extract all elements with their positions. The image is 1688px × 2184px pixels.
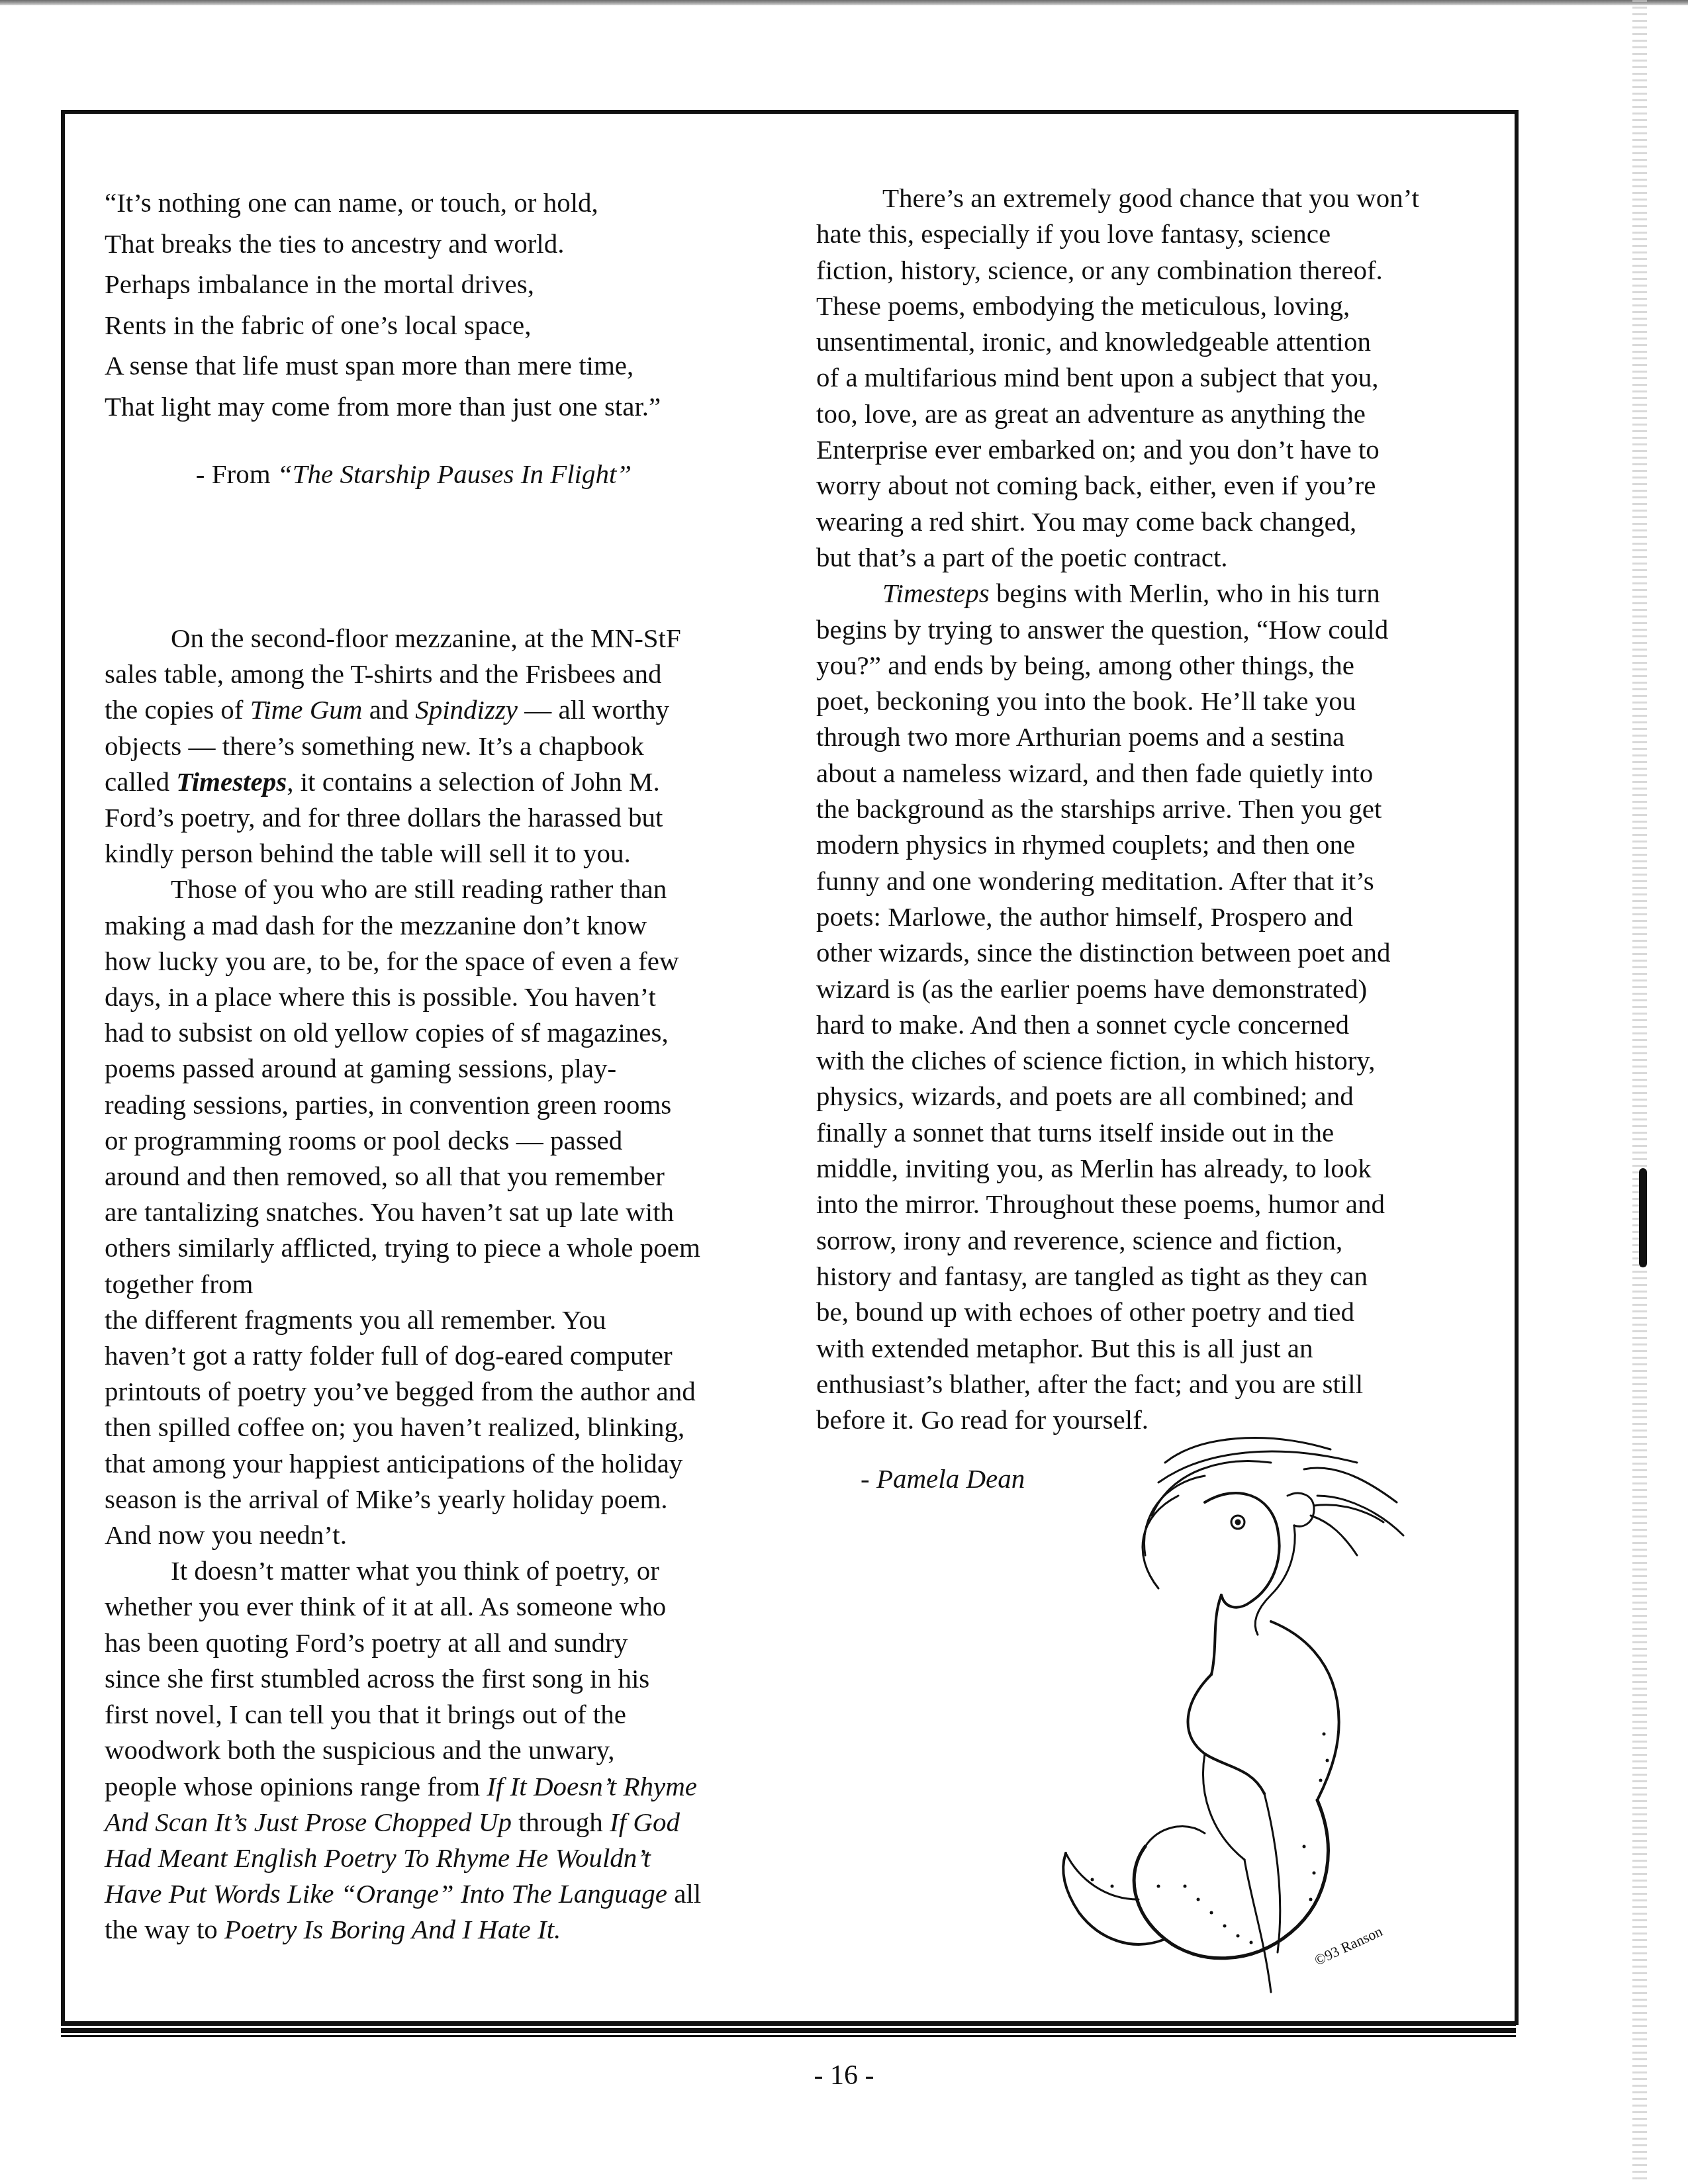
binding-mark	[1639, 1168, 1647, 1267]
text-line: be, bound up with echoes of other poetry…	[816, 1294, 1485, 1330]
text-line: hard to make. And then a sonnet cycle co…	[816, 1007, 1485, 1042]
text-line: And Scan It’s Just Prose Chopped Up thro…	[105, 1804, 786, 1840]
text-line: too, love, are as great an adventure as …	[816, 396, 1485, 432]
text-line: that among your happiest anticipations o…	[105, 1445, 786, 1481]
attribution-title: “The Starship Pauses In Flight”	[277, 459, 632, 489]
text-segment: too, love, are as great an adventure as …	[816, 398, 1366, 429]
text-segment: making a mad dash for the mezzanine don’…	[105, 910, 647, 940]
text-line: modern physics in rhymed couplets; and t…	[816, 827, 1485, 862]
poem-line: Perhaps imbalance in the mortal drives,	[105, 264, 786, 305]
text-line: whether you ever think of it at all. As …	[105, 1588, 786, 1624]
text-line: middle, inviting you, as Merlin has alre…	[816, 1150, 1485, 1186]
text-line: are tantalizing snatches. You haven’t sa…	[105, 1194, 786, 1230]
text-segment: with the cliches of science fiction, in …	[816, 1045, 1375, 1075]
text-line: Had Meant English Poetry To Rhyme He Wou…	[105, 1840, 786, 1876]
text-segment: how lucky you are, to be, for the space …	[105, 946, 679, 976]
text-segment: into the mirror. Throughout these poems,…	[816, 1189, 1385, 1219]
text-line: about a nameless wizard, and then fade q…	[816, 755, 1485, 791]
text-segment: reading sessions, parties, in convention…	[105, 1089, 671, 1120]
text-line: first novel, I can tell you that it brin…	[105, 1696, 786, 1732]
text-line: enthusiast’s blather, after the fact; an…	[816, 1366, 1485, 1402]
emphasized-title: Poetry Is Boring And I Hate It.	[224, 1914, 561, 1944]
epigraph-poem: “It’s nothing one can name, or touch, or…	[105, 183, 786, 427]
text-line: of a multifarious mind bent upon a subje…	[816, 359, 1485, 395]
text-line: finally a sonnet that turns itself insid…	[816, 1115, 1485, 1150]
text-line: had to subsist on old yellow copies of s…	[105, 1015, 786, 1050]
text-segment: unsentimental, ironic, and knowledgeable…	[816, 326, 1371, 357]
text-line: into the mirror. Throughout these poems,…	[816, 1186, 1485, 1222]
text-segment: and	[362, 694, 415, 725]
text-line: physics, wizards, and poets are all comb…	[816, 1078, 1485, 1114]
text-line: but that’s a part of the poetic contract…	[816, 539, 1485, 575]
text-segment: And now you needn’t.	[105, 1520, 347, 1550]
text-line: poems passed around at gaming sessions, …	[105, 1050, 786, 1086]
text-segment: Ford’s poetry, and for three dollars the…	[105, 802, 663, 833]
text-line: others similarly afflicted, trying to pi…	[105, 1230, 786, 1265]
text-line: then spilled coffee on; you haven’t real…	[105, 1409, 786, 1445]
emphasized-title: If God	[610, 1807, 680, 1837]
attribution-prefix: - From	[196, 459, 277, 489]
text-line: printouts of poetry you’ve begged from t…	[105, 1373, 786, 1409]
text-segment: through	[512, 1807, 610, 1837]
text-segment: that among your happiest anticipations o…	[105, 1448, 682, 1479]
emphasized-title: Have Put Words Like “Orange” Into The La…	[105, 1878, 667, 1909]
text-segment: people whose opinions range from	[105, 1771, 487, 1801]
text-segment: other wizards, since the distinction bet…	[816, 937, 1391, 968]
text-segment: begins with Merlin, who in his turn	[990, 578, 1380, 608]
poem-line: That light may come from more than just …	[105, 387, 786, 428]
text-line: Those of you who are still reading rathe…	[105, 871, 786, 907]
text-segment: — all worthy	[518, 694, 669, 725]
footer-rule-thin-bottom	[61, 2035, 1516, 2037]
text-line: sorrow, irony and reverence, science and…	[816, 1222, 1485, 1258]
text-line: begins by trying to answer the question,…	[816, 612, 1485, 647]
poem-line: Rents in the fabric of one’s local space…	[105, 305, 786, 346]
text-segment: hard to make. And then a sonnet cycle co…	[816, 1009, 1349, 1040]
text-line: days, in a place where this is possible.…	[105, 979, 786, 1015]
right-column-article-text: There’s an extremely good chance that yo…	[816, 180, 1485, 1437]
emphasized-title: Timesteps	[882, 578, 990, 608]
text-line: making a mad dash for the mezzanine don’…	[105, 907, 786, 943]
text-line: since she first stumbled across the firs…	[105, 1661, 786, 1696]
text-segment: then spilled coffee on; you haven’t real…	[105, 1412, 684, 1442]
poem-line: That breaks the ties to ancestry and wor…	[105, 224, 786, 265]
emphasized-title: Time Gum	[250, 694, 363, 725]
text-segment: funny and one wondering meditation. Afte…	[816, 866, 1374, 896]
text-line: hate this, especially if you love fantas…	[816, 216, 1485, 251]
text-line: history and fantasy, are tangled as tigh…	[816, 1258, 1485, 1294]
emphasized-title: Spindizzy	[415, 694, 518, 725]
text-segment: all	[667, 1878, 701, 1909]
text-line: And now you needn’t.	[105, 1517, 786, 1553]
text-line: sales table, among the T-shirts and the …	[105, 656, 786, 692]
epigraph-attribution: - From “The Starship Pauses In Flight”	[0, 458, 728, 490]
text-line: or programming rooms or pool decks — pas…	[105, 1122, 786, 1158]
text-segment: kindly person behind the table will sell…	[105, 838, 631, 868]
text-line: around and then removed, so all that you…	[105, 1158, 786, 1194]
text-line: wearing a red shirt. You may come back c…	[816, 504, 1485, 539]
text-segment: sorrow, irony and reverence, science and…	[816, 1225, 1342, 1255]
text-segment: woodwork both the suspicious and the unw…	[105, 1735, 615, 1765]
text-segment: of a multifarious mind bent upon a subje…	[816, 362, 1378, 392]
text-segment: through two more Arthurian poems and a s…	[816, 721, 1344, 752]
text-segment: history and fantasy, are tangled as tigh…	[816, 1261, 1368, 1291]
text-segment: modern physics in rhymed couplets; and t…	[816, 829, 1355, 860]
scan-edge-top	[0, 0, 1688, 5]
text-segment: physics, wizards, and poets are all comb…	[816, 1081, 1354, 1111]
text-segment: the background as the starships arrive. …	[816, 794, 1382, 824]
text-segment: hate this, especially if you love fantas…	[816, 218, 1331, 249]
page-number: - 16 -	[0, 2060, 1688, 2091]
text-segment: It doesn’t matter what you think of poet…	[171, 1555, 659, 1586]
text-line: unsentimental, ironic, and knowledgeable…	[816, 324, 1485, 359]
text-segment: wearing a red shirt. You may come back c…	[816, 506, 1356, 537]
text-line: other wizards, since the distinction bet…	[816, 934, 1485, 970]
text-line: people whose opinions range from If It D…	[105, 1768, 786, 1804]
text-segment: are tantalizing snatches. You haven’t sa…	[105, 1197, 674, 1227]
text-line: Enterprise ever embarked on; and you don…	[816, 432, 1485, 467]
text-segment: printouts of poetry you’ve begged from t…	[105, 1376, 696, 1406]
text-line: called Timesteps, it contains a selectio…	[105, 764, 786, 799]
scan-edge-right	[1632, 0, 1647, 2184]
text-segment: you?” and ends by being, among other thi…	[816, 650, 1354, 680]
text-segment: since she first stumbled across the firs…	[105, 1663, 649, 1694]
text-line: haven’t got a ratty folder full of dog-e…	[105, 1338, 786, 1373]
text-segment: sales table, among the T-shirts and the …	[105, 659, 661, 689]
text-line: funny and one wondering meditation. Afte…	[816, 863, 1485, 899]
text-line: objects — there’s something new. It’s a …	[105, 728, 786, 764]
text-segment: Enterprise ever embarked on; and you don…	[816, 434, 1380, 465]
text-segment: middle, inviting you, as Merlin has alre…	[816, 1153, 1372, 1183]
text-segment: whether you ever think of it at all. As …	[105, 1591, 666, 1621]
text-segment: but that’s a part of the poetic contract…	[816, 542, 1228, 572]
text-segment: the copies of	[105, 694, 250, 725]
text-line: Ford’s poetry, and for three dollars the…	[105, 799, 786, 835]
text-segment: around and then removed, so all that you…	[105, 1161, 665, 1191]
text-segment: haven’t got a ratty folder full of dog-e…	[105, 1340, 673, 1371]
author-signature: - Pamela Dean	[861, 1463, 1025, 1494]
artist-mark: ©93 Ranson	[1312, 1923, 1385, 1968]
text-segment: These poems, embodying the meticulous, l…	[816, 291, 1350, 321]
text-segment: On the second-floor mezzanine, at the MN…	[171, 623, 681, 653]
text-segment: has been quoting Ford’s poetry at all an…	[105, 1627, 628, 1658]
text-line: Timesteps begins with Merlin, who in his…	[816, 575, 1485, 611]
text-line: the background as the starships arrive. …	[816, 791, 1485, 827]
text-segment: poets: Marlowe, the author himself, Pros…	[816, 901, 1353, 932]
text-segment: worry about not coming back, either, eve…	[816, 470, 1376, 500]
footer-rule-thick	[61, 2028, 1516, 2033]
text-segment: called	[105, 766, 176, 797]
text-segment: season is the arrival of Mike’s yearly h…	[105, 1484, 668, 1514]
text-line: wizard is (as the earlier poems have dem…	[816, 971, 1485, 1007]
text-segment: together from	[105, 1269, 253, 1299]
text-segment: or programming rooms or pool decks — pas…	[105, 1125, 622, 1156]
text-line: worry about not coming back, either, eve…	[816, 467, 1485, 503]
text-line: has been quoting Ford’s poetry at all an…	[105, 1625, 786, 1661]
text-segment: , it contains a selection of John M.	[287, 766, 660, 797]
text-line: the different fragments you all remember…	[105, 1302, 786, 1338]
text-segment: with extended metaphor. But this is all …	[816, 1333, 1313, 1363]
emphasized-title: Had Meant English Poetry To Rhyme He Wou…	[105, 1843, 651, 1873]
text-line: the copies of Time Gum and Spindizzy — a…	[105, 692, 786, 727]
text-segment: poet, beckoning you into the book. He’ll…	[816, 686, 1356, 716]
text-segment: enthusiast’s blather, after the fact; an…	[816, 1369, 1363, 1399]
text-segment: the way to	[105, 1914, 224, 1944]
text-line: season is the arrival of Mike’s yearly h…	[105, 1481, 786, 1517]
text-line: with extended metaphor. But this is all …	[816, 1330, 1485, 1366]
text-line: with the cliches of science fiction, in …	[816, 1042, 1485, 1078]
text-segment: about a nameless wizard, and then fade q…	[816, 758, 1373, 788]
text-line: fiction, history, science, or any combin…	[816, 252, 1485, 288]
emphasized-title: If It Doesn’t Rhyme	[487, 1771, 697, 1801]
text-line: There’s an extremely good chance that yo…	[816, 180, 1485, 216]
text-line: how lucky you are, to be, for the space …	[105, 943, 786, 979]
text-line: the way to Poetry Is Boring And I Hate I…	[105, 1911, 786, 1947]
poem-line: A sense that life must span more than me…	[105, 345, 786, 387]
text-line: together from	[105, 1266, 786, 1302]
text-line: These poems, embodying the meticulous, l…	[816, 288, 1485, 324]
text-line: you?” and ends by being, among other thi…	[816, 647, 1485, 683]
seahorse-mermaid-illustration: ©93 Ranson	[1053, 1423, 1423, 2019]
emphasized-title: And Scan It’s Just Prose Chopped Up	[105, 1807, 512, 1837]
text-line: It doesn’t matter what you think of poet…	[105, 1553, 786, 1588]
text-segment: finally a sonnet that turns itself insid…	[816, 1117, 1334, 1148]
poem-line: “It’s nothing one can name, or touch, or…	[105, 183, 786, 224]
text-segment: first novel, I can tell you that it brin…	[105, 1699, 626, 1729]
text-line: kindly person behind the table will sell…	[105, 835, 786, 871]
text-segment: be, bound up with echoes of other poetry…	[816, 1297, 1354, 1327]
text-line: Have Put Words Like “Orange” Into The La…	[105, 1876, 786, 1911]
text-segment: fiction, history, science, or any combin…	[816, 255, 1383, 285]
footer-rule-thin-top	[61, 2024, 1516, 2026]
text-line: through two more Arthurian poems and a s…	[816, 719, 1485, 754]
text-segment: days, in a place where this is possible.…	[105, 981, 656, 1012]
text-line: poets: Marlowe, the author himself, Pros…	[816, 899, 1485, 934]
emphasized-title: Timesteps	[176, 766, 287, 797]
left-column-article-text: On the second-floor mezzanine, at the MN…	[105, 620, 786, 1948]
text-segment: had to subsist on old yellow copies of s…	[105, 1017, 669, 1048]
text-segment: There’s an extremely good chance that yo…	[882, 183, 1419, 213]
text-line: woodwork both the suspicious and the unw…	[105, 1732, 786, 1768]
text-segment: poems passed around at gaming sessions, …	[105, 1053, 616, 1083]
text-line: On the second-floor mezzanine, at the MN…	[105, 620, 786, 656]
text-segment: the different fragments you all remember…	[105, 1304, 606, 1335]
text-segment: begins by trying to answer the question,…	[816, 614, 1388, 645]
text-segment: Those of you who are still reading rathe…	[171, 874, 667, 904]
text-line: poet, beckoning you into the book. He’ll…	[816, 683, 1485, 719]
text-segment: wizard is (as the earlier poems have dem…	[816, 974, 1367, 1004]
text-segment: objects — there’s something new. It’s a …	[105, 731, 644, 761]
text-line: reading sessions, parties, in convention…	[105, 1087, 786, 1122]
text-segment: others similarly afflicted, trying to pi…	[105, 1232, 700, 1263]
